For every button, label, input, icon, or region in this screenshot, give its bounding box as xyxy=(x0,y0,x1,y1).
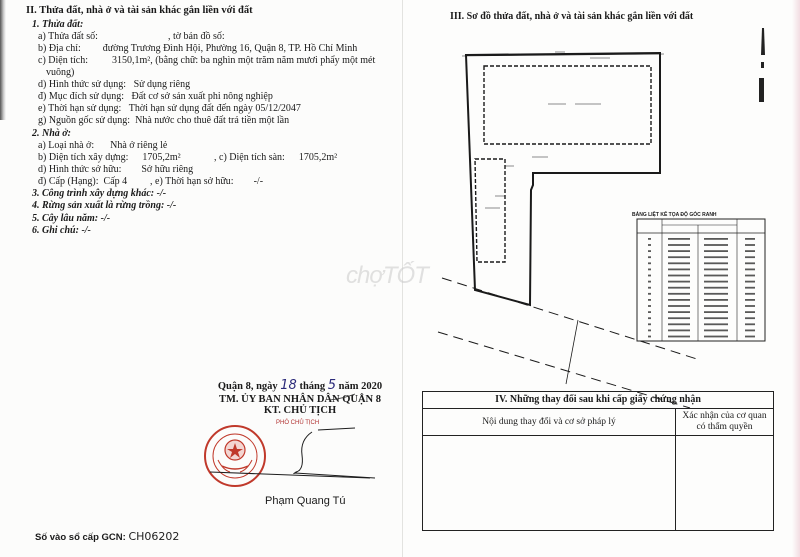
official-seal-icon xyxy=(205,426,265,486)
changes-body-row xyxy=(423,436,773,530)
changes-content-cell xyxy=(423,436,676,530)
site-plan-drawing xyxy=(438,52,700,408)
coordinate-table xyxy=(637,219,765,341)
changes-col-content: Nội dung thay đổi và cơ sở pháp lý xyxy=(423,409,676,435)
section-iii-title: III. Sơ đồ thửa đất, nhà ở và tài sản kh… xyxy=(450,11,693,22)
changes-table: IV. Những thay đổi sau khi cấp giấy chứn… xyxy=(422,391,774,531)
changes-col-confirm: Xác nhận của cơ quan có thẩm quyền xyxy=(676,409,773,435)
north-arrow-icon xyxy=(759,28,765,102)
changes-header-row: Nội dung thay đổi và cơ sở pháp lý Xác n… xyxy=(423,409,773,436)
coordinate-table-caption: BẢNG LIỆT KÊ TỌA ĐỘ GÓC RANH xyxy=(632,212,717,218)
changes-title: IV. Những thay đổi sau khi cấp giấy chứn… xyxy=(423,392,773,409)
watermark-logo: chợTỐT xyxy=(346,262,428,290)
gcn-registry-number: Số vào sổ cấp GCN: CH06202 xyxy=(35,530,179,543)
signer-name: Phạm Quang Tú xyxy=(265,495,346,507)
signature-icon xyxy=(294,428,375,478)
